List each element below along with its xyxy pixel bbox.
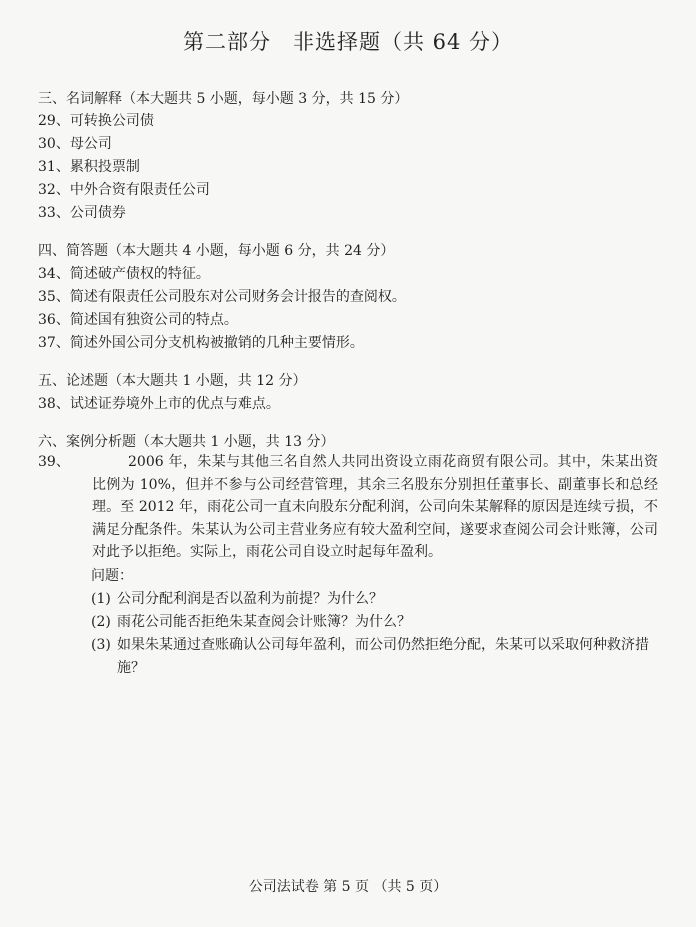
exam-page: 第二部分非选择题（共 64 分） 三、名词解释（本大题共 5 小题，每小题 3 … <box>0 0 696 927</box>
question-36: 36、简述国有独资公司的特点。 <box>38 309 238 329</box>
question-34: 34、简述破产债权的特征。 <box>38 263 210 283</box>
section-heading-case-analysis: 六、案例分析题（本大题共 1 小题，共 13 分） <box>38 431 335 451</box>
question-35: 35、简述有限责任公司股东对公司财务会计报告的查阅权。 <box>38 286 406 306</box>
section-heading-essay: 五、论述题（本大题共 1 小题，共 12 分） <box>38 370 307 390</box>
section-heading-short-answer: 四、简答题（本大题共 4 小题，每小题 6 分，共 24 分） <box>38 240 394 260</box>
page-footer: 公司法试卷 第 5 页 （共 5 页） <box>0 876 696 896</box>
page-title: 第二部分非选择题（共 64 分） <box>0 26 696 56</box>
sub-question-1: (1)公司分配利润是否以盈利为前提？为什么？ <box>91 588 383 608</box>
question-37: 37、简述外国公司分支机构被撤销的几种主要情形。 <box>38 332 364 352</box>
part-label: 第二部分 <box>183 30 271 54</box>
question-29: 29、可转换公司债 <box>38 110 154 130</box>
sub-question-2: (2)雨花公司能否拒绝朱某查阅会计账簿？为什么？ <box>91 611 411 631</box>
part-title: 非选择题（共 64 分） <box>293 30 513 54</box>
sub-question-3: (3)如果朱某通过查账确认公司每年盈利，而公司仍然拒绝分配，朱某可以采取何种救济… <box>91 634 651 680</box>
question-32: 32、中外合资有限责任公司 <box>38 179 210 199</box>
question-30: 30、母公司 <box>38 133 112 153</box>
question-31: 31、累积投票制 <box>38 156 140 176</box>
case-text: 2006 年，朱某与其他三名自然人共同出资设立雨花商贸有限公司。其中，朱某出资比… <box>92 451 658 564</box>
question-39: 39、 2006 年，朱某与其他三名自然人共同出资设立雨花商贸有限公司。其中，朱… <box>38 451 658 564</box>
questions-label: 问题： <box>91 565 133 585</box>
section-heading-definitions: 三、名词解释（本大题共 5 小题，每小题 3 分，共 15 分） <box>38 88 408 108</box>
question-33: 33、公司债券 <box>38 202 126 222</box>
question-38: 38、试述证券境外上市的优点与难点。 <box>38 393 280 413</box>
